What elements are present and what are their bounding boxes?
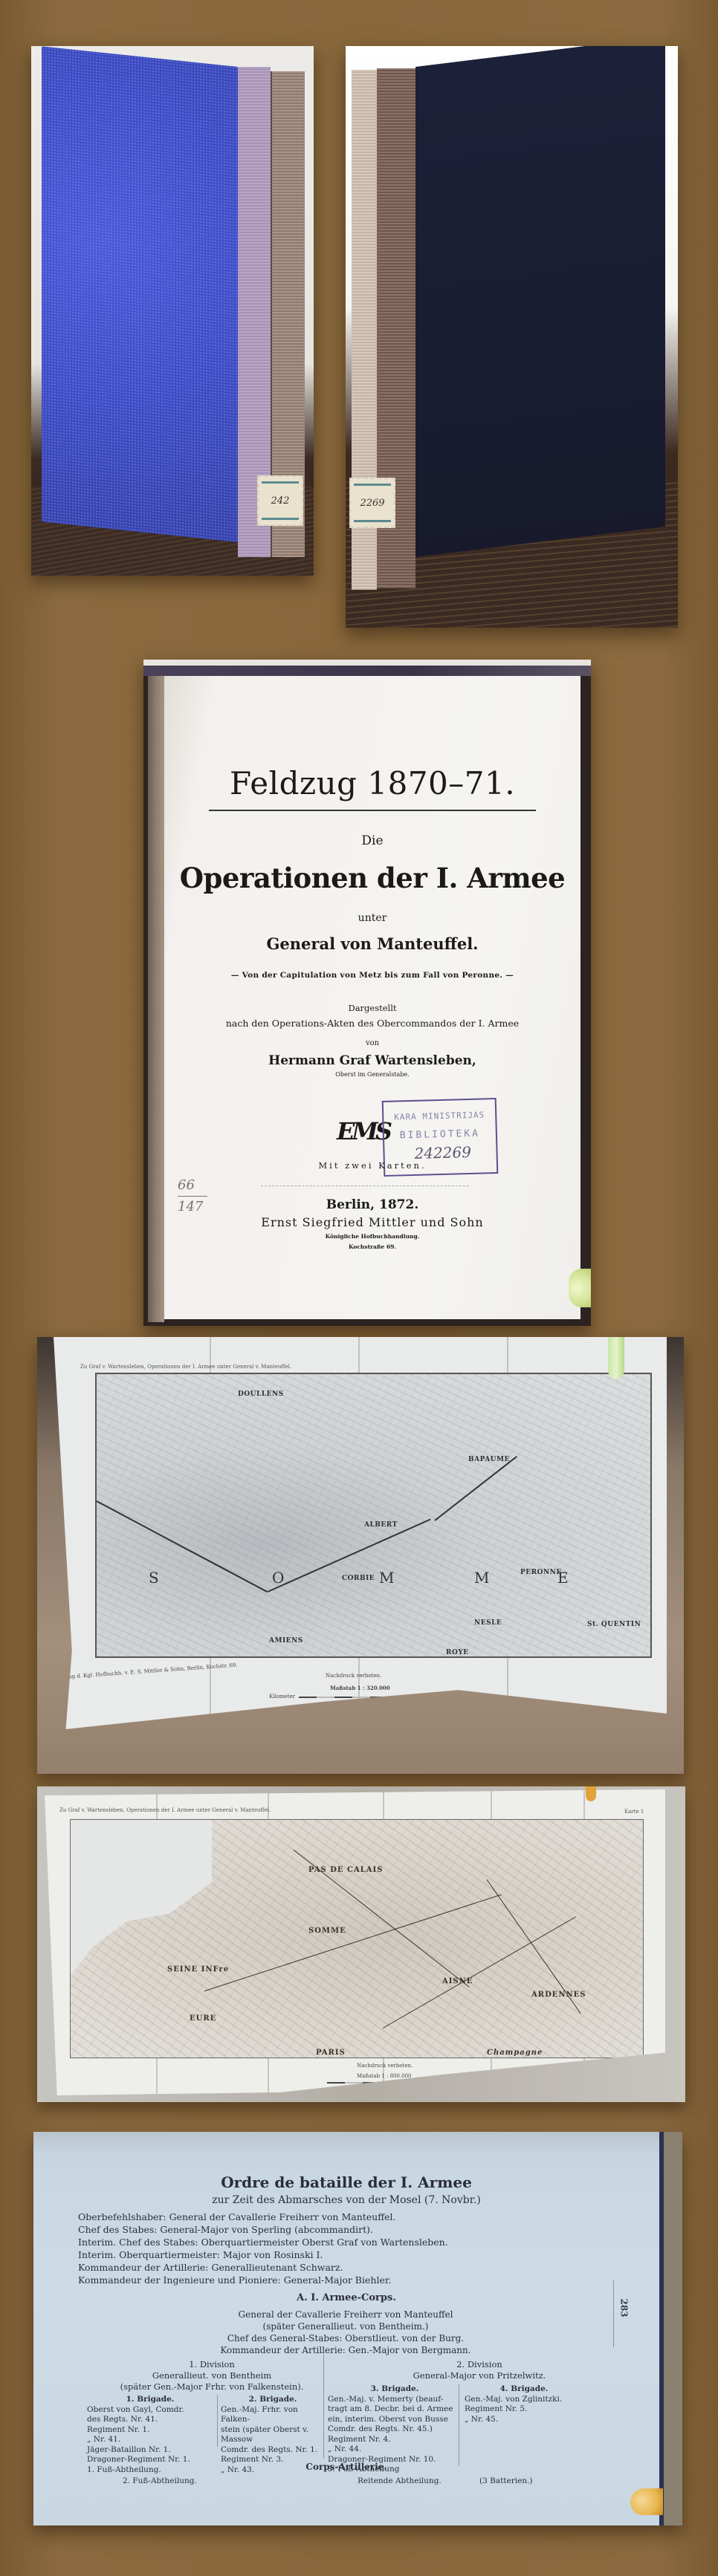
bookmark-tab — [630, 2488, 663, 2515]
map-scale: Maßstab 1 : 320.000 — [330, 1685, 390, 1691]
map-header: Zu Graf v. Wartensleben, Operationen der… — [80, 1364, 291, 1370]
maps-note: Mit zwei Karten. — [164, 1160, 580, 1171]
map-scale: Maßstab 1 : 800.000 — [357, 2073, 412, 2079]
title-page: Feldzug 1870–71. Die Operationen der I. … — [164, 676, 580, 1319]
corps-command: General der Cavallerie Freiherr von Mant… — [197, 2309, 494, 2356]
series-title: Feldzug 1870–71. — [164, 765, 580, 801]
division-1-heading: 1. Division Generallieut. von Bentheim (… — [93, 2359, 331, 2393]
photo-ordre-de-bataille: Ordre de bataille der I. Armee zur Zeit … — [33, 2132, 682, 2525]
folding-map-sheet: Zu Graf v. Wartensleben, Operationen der… — [45, 1789, 665, 2095]
ordre-de-bataille-page: Ordre de bataille der I. Armee zur Zeit … — [33, 2132, 659, 2525]
publisher: Ernst Siegfried Mittler und Sohn — [164, 1215, 580, 1229]
dark-cloth-cover — [415, 46, 665, 557]
english-channel — [71, 1820, 212, 1976]
map-number: Karte 1 — [624, 1809, 644, 1815]
subtitle: — Von der Capitulation von Metz bis zum … — [164, 971, 580, 980]
book-edge — [659, 2132, 682, 2525]
photo-map-2: Zu Graf v. Wartensleben, Operationen der… — [37, 1786, 685, 2102]
folding-map-sheet: Zu Graf v. Wartensleben, Operationen der… — [54, 1337, 667, 1729]
army-staff-list: Oberbefehlshaber: General der Cavallerie… — [78, 2211, 448, 2286]
publisher-monogram: EMS — [337, 1117, 389, 1145]
photo-title-page: Feldzug 1870–71. Die Operationen der I. … — [143, 660, 591, 1326]
general-name: General von Manteuffel. — [164, 934, 580, 953]
author-rank: Oberst im Generalstabe. — [164, 1071, 580, 1078]
division-2-heading: 2. Division General-Major von Pritzelwit… — [331, 2359, 628, 2381]
spine-label-left: 242 — [257, 475, 303, 526]
map-area: S O M M E AMIENS ALBERT PERONNE St. QUEN… — [95, 1373, 652, 1658]
ordre-title: Ordre de bataille der I. Armee — [33, 2173, 659, 2191]
photo-map-1: Zu Graf v. Wartensleben, Operationen der… — [37, 1337, 684, 1774]
corps-artillery-heading: Corps-Artillerie. — [33, 2462, 659, 2472]
bookmark-ribbon — [608, 1337, 624, 1379]
bookmark-tab — [569, 1269, 591, 1307]
book-title: Operationen der I. Armee — [164, 862, 580, 894]
divider — [209, 810, 536, 811]
page-number: 283 — [619, 2298, 630, 2317]
map-header: Zu Graf v. Wartensleben, Operationen der… — [59, 1807, 271, 1813]
photo-dark-binding — [346, 46, 678, 628]
corps-heading: A. I. Armee-Corps. — [33, 2292, 659, 2303]
blue-cloth-cover — [42, 46, 238, 542]
book-hinge — [148, 676, 164, 1322]
spine-label-right: 2269 — [349, 478, 395, 528]
map-area: PAS DE CALAIS SOMME SEINE INFre AISNE EU… — [70, 1819, 644, 2058]
bookmark-tab — [586, 1786, 596, 1801]
ordre-subtitle: zur Zeit des Abmarsches von der Mosel (7… — [33, 2194, 659, 2206]
brigade-4: 4. Brigade. Gen.-Maj. von Zglinitzki. Re… — [465, 2384, 583, 2424]
imprint-city-year: Berlin, 1872. — [164, 1197, 580, 1212]
author: Hermann Graf Wartensleben, — [164, 1053, 580, 1068]
